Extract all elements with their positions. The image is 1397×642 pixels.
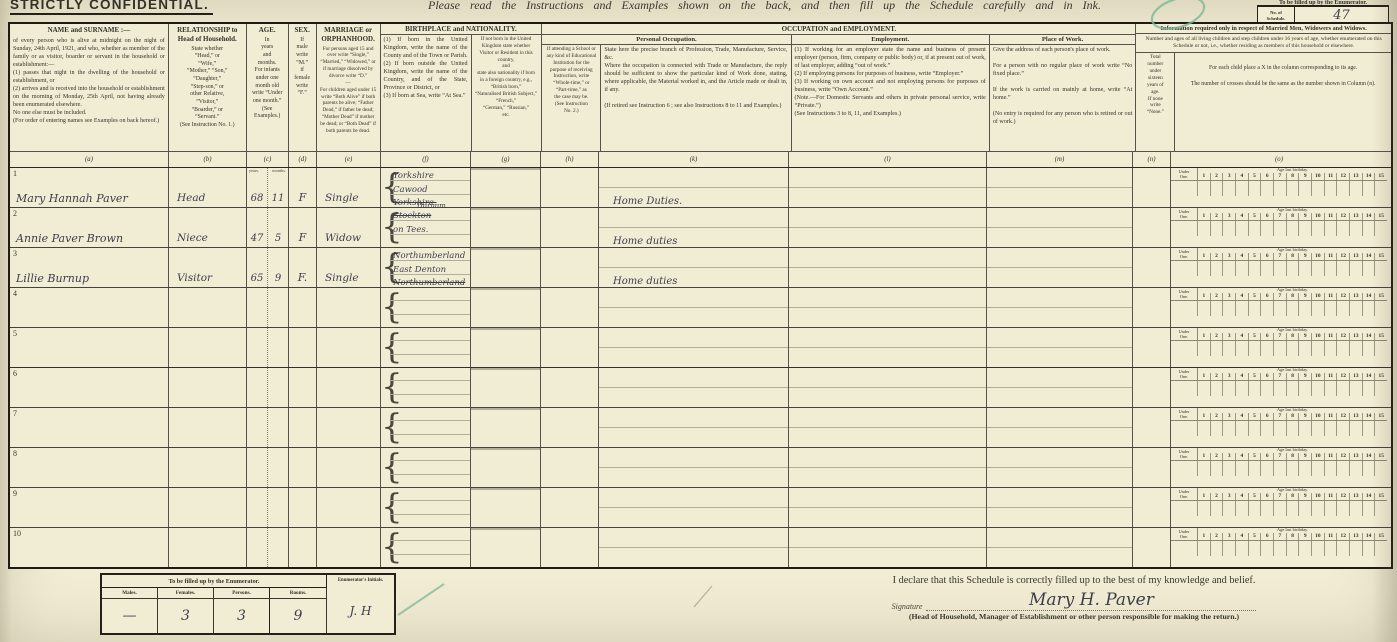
- education-cell: [540, 528, 598, 567]
- age-tick-cell: [1260, 221, 1273, 236]
- age-years-value: [247, 288, 267, 327]
- age-column-11: 11: [1324, 253, 1337, 260]
- place-of-work-cell: [986, 408, 1132, 447]
- age-tick-cell: [1197, 461, 1210, 476]
- age-column-13: 13: [1349, 493, 1362, 500]
- age-tick-cell: [1260, 501, 1273, 516]
- age-tick-cell: [1286, 261, 1299, 276]
- age-column-14: 14: [1362, 253, 1375, 260]
- age-tick-cell: [1210, 181, 1223, 196]
- age-column-6: 6: [1260, 173, 1273, 180]
- age-years-value: [247, 328, 267, 367]
- age-years-value: 68: [247, 168, 267, 207]
- age-tick-cell: [1286, 541, 1299, 556]
- brace-glyph: {: [381, 288, 391, 327]
- age-column-8: 8: [1286, 413, 1299, 420]
- birthplace-cell: {: [380, 528, 470, 567]
- age-tick-cell: [1298, 181, 1311, 196]
- age-tick-cell: [1222, 301, 1235, 316]
- education-cell: [540, 488, 598, 527]
- brace-glyph: {: [381, 248, 391, 287]
- age-tick-cell: [1273, 221, 1286, 236]
- age-column-4: 4: [1235, 333, 1248, 340]
- age-tick-cell: [1362, 181, 1375, 196]
- birthplace-group-title: BIRTHPLACE and NATIONALITY.: [381, 24, 542, 35]
- age-tick-cell: [1374, 381, 1387, 396]
- age-tick-cell: [1324, 541, 1337, 556]
- row-number: 2: [13, 209, 17, 218]
- age-tick-cell: [1349, 541, 1362, 556]
- age-tick-cell: [1248, 501, 1261, 516]
- age-tick-cell: [1197, 421, 1210, 436]
- relationship-cell: [168, 368, 246, 407]
- persons-header: Persons.: [214, 588, 270, 599]
- signature-label: Signature: [892, 602, 923, 611]
- age-column-12: 12: [1336, 173, 1349, 180]
- birthplace-cell: {: [380, 368, 470, 407]
- birthplace-cell: {: [380, 288, 470, 327]
- age-tick-cell: [1260, 301, 1273, 316]
- relationship-cell: [168, 448, 246, 487]
- place-of-work-cell: [986, 208, 1132, 247]
- age-column-8: 8: [1286, 453, 1299, 460]
- age-column-4: 4: [1235, 253, 1248, 260]
- age-tick-cell: [1298, 461, 1311, 476]
- age-cell: 47 5: [246, 208, 288, 247]
- education-cell: [540, 448, 598, 487]
- age-column-10: 10: [1311, 533, 1324, 540]
- nationality-cell: [470, 248, 540, 287]
- nationality-cell: [470, 328, 540, 367]
- enumerator-initials-label: Enumerator's Initials.: [327, 575, 394, 588]
- total-children-cell: [1132, 248, 1170, 287]
- age-column-12: 12: [1336, 453, 1349, 460]
- age-years-value: [247, 368, 267, 407]
- children-ages-cell: Under One.Age last birthday.123456789101…: [1170, 408, 1387, 447]
- occupation-cell: [598, 488, 788, 527]
- marriage-cell: [316, 288, 380, 327]
- age-tick-cell: [1286, 301, 1299, 316]
- age-column-15: 15: [1374, 493, 1387, 500]
- children-ages-cell: Under One.Age last birthday.123456789101…: [1170, 208, 1387, 247]
- name-cell: 5: [10, 328, 168, 367]
- age-tick-cell: [1248, 261, 1261, 276]
- employment-cell: [788, 328, 986, 367]
- relationship-value: Head: [177, 192, 205, 204]
- employment-cell: [788, 408, 986, 447]
- age-column-7: 7: [1273, 453, 1286, 460]
- birthplace-column-desc: (1) If born in the United Kingdom, write…: [381, 35, 471, 101]
- age-column-15: 15: [1374, 333, 1387, 340]
- table-row: 2 Annie Paver Brown Niece 47 5 F Widow {…: [10, 207, 1391, 247]
- age-tick-cell: [1222, 501, 1235, 516]
- marriage-cell: Widow: [316, 208, 380, 247]
- age-tick-cell: [1324, 461, 1337, 476]
- age-tick-cell: [1336, 221, 1349, 236]
- age-column-7: 7: [1273, 533, 1286, 540]
- age-tick-cell: [1298, 501, 1311, 516]
- under-one-label: Under One.: [1171, 168, 1198, 180]
- total-children-cell: [1132, 448, 1170, 487]
- rooms-value: 9: [294, 608, 303, 624]
- age-column-15: 15: [1374, 413, 1387, 420]
- age-column-4: 4: [1235, 173, 1248, 180]
- age-column-6: 6: [1260, 413, 1273, 420]
- age-units-label: years.months.: [247, 168, 288, 173]
- relationship-cell: Niece: [168, 208, 246, 247]
- age-months-value: 11: [267, 168, 288, 207]
- age-tick-cell: [1273, 301, 1286, 316]
- age-column-4: 4: [1235, 533, 1248, 540]
- age-column-3: 3: [1222, 493, 1235, 500]
- nationality-cell: [470, 208, 540, 247]
- age-tick-cell: [1210, 381, 1223, 396]
- age-column-desc: In years and months. For infants under o…: [247, 36, 288, 122]
- age-tick-cell: [1311, 461, 1324, 476]
- age-column-3: 3: [1222, 533, 1235, 540]
- education-cell: [540, 168, 598, 207]
- age-tick-cell: [1362, 501, 1375, 516]
- age-column-10: 10: [1311, 173, 1324, 180]
- age-tick-cell: [1222, 181, 1235, 196]
- age-tick-cell: [1235, 221, 1248, 236]
- name-cell: 8: [10, 448, 168, 487]
- marriage-cell: Single: [316, 168, 380, 207]
- age-column-9: 9: [1298, 413, 1311, 420]
- age-column-13: 13: [1349, 373, 1362, 380]
- age-column-14: 14: [1362, 333, 1375, 340]
- age-tick-cell: [1171, 261, 1197, 276]
- age-column-8: 8: [1286, 213, 1299, 220]
- marriage-column-title: MARRIAGE or ORPHANHOOD.: [317, 24, 380, 45]
- name-value: Lillie Burnup: [16, 272, 89, 285]
- relationship-cell: Head: [168, 168, 246, 207]
- age-tick-cell: [1248, 221, 1261, 236]
- place-of-work-desc: Give the address of each person's place …: [990, 45, 1136, 127]
- place-of-work-cell: [986, 368, 1132, 407]
- header-total-children-column: Total number under sixteen years of age.…: [1136, 53, 1174, 151]
- marriage-cell: [316, 488, 380, 527]
- employment-cell: [788, 448, 986, 487]
- age-tick-cell: [1260, 261, 1273, 276]
- age-column-7: 7: [1273, 493, 1286, 500]
- age-tick-cell: [1336, 421, 1349, 436]
- nationality-cell: [470, 488, 540, 527]
- age-tick-cell: [1336, 301, 1349, 316]
- age-column-5: 5: [1248, 253, 1261, 260]
- age-column-4: 4: [1235, 213, 1248, 220]
- brace-glyph: {: [381, 408, 391, 447]
- header-age-column: AGE. In years and months. For infants un…: [246, 24, 288, 151]
- age-column-11: 11: [1324, 453, 1337, 460]
- table-body: 1 Mary Hannah Paver Head years.months. 6…: [10, 168, 1391, 567]
- name-cell: 6: [10, 368, 168, 407]
- age-column-1: 1: [1198, 453, 1210, 460]
- nationality-cell: [470, 168, 540, 207]
- row-number: 3: [13, 249, 17, 258]
- table-row: 10 {: [10, 527, 1391, 567]
- age-tick-cell: [1298, 541, 1311, 556]
- age-column-5: 5: [1248, 213, 1261, 220]
- name-cell: 7: [10, 408, 168, 447]
- age-column-11: 11: [1324, 413, 1337, 420]
- occupation-value: Home Duties.: [613, 196, 682, 207]
- row-number: 7: [13, 409, 17, 418]
- age-tick-cell: [1273, 181, 1286, 196]
- age-column-9: 9: [1298, 333, 1311, 340]
- age-column-7: 7: [1273, 213, 1286, 220]
- age-tick-cell: [1362, 301, 1375, 316]
- employment-cell: [788, 168, 986, 207]
- age-column-6: 6: [1260, 533, 1273, 540]
- age-tick-cell: [1171, 421, 1197, 436]
- age-tick-cell: [1171, 301, 1197, 316]
- children-age-header: Under One.Age last birthday.123456789101…: [1171, 448, 1387, 461]
- age-column-8: 8: [1286, 293, 1299, 300]
- occupation-cell: [598, 328, 788, 367]
- age-tick-cell: [1298, 261, 1311, 276]
- total-children-cell: [1132, 328, 1170, 367]
- age-tick-cell: [1210, 461, 1223, 476]
- occupation-cell: [598, 448, 788, 487]
- age-column-9: 9: [1298, 373, 1311, 380]
- age-column-15: 15: [1374, 453, 1387, 460]
- header-birthplace-column: (1) If born in the United Kingdom, write…: [381, 35, 471, 151]
- age-column-1: 1: [1198, 213, 1210, 220]
- age-tick-cell: [1210, 501, 1223, 516]
- birthplace-cell: { DurhamStockton on Tees.: [380, 208, 470, 247]
- age-tick-cell: [1222, 541, 1235, 556]
- age-column-14: 14: [1362, 373, 1375, 380]
- age-column-5: 5: [1248, 333, 1261, 340]
- sex-cell: [288, 488, 316, 527]
- age-column-1: 1: [1198, 533, 1210, 540]
- letter-k: (k): [598, 152, 788, 167]
- age-months-value: [267, 288, 288, 327]
- age-years-value: [247, 408, 267, 447]
- place-of-work-cell: [986, 488, 1132, 527]
- age-column-7: 7: [1273, 413, 1286, 420]
- age-column-6: 6: [1260, 253, 1273, 260]
- age-column-15: 15: [1374, 213, 1387, 220]
- birthplace-line1: Yorkshire: [393, 171, 434, 181]
- age-column-12: 12: [1336, 293, 1349, 300]
- children-ages-desc: For each child place a X in the column c…: [1175, 53, 1391, 89]
- age-tick-cell: [1311, 541, 1324, 556]
- children-ages-cell: Under One.Age last birthday.123456789101…: [1170, 368, 1387, 407]
- name-value: Mary Hannah Paver: [16, 192, 128, 205]
- age-tick-cell: [1311, 181, 1324, 196]
- place-of-work-cell: [986, 448, 1132, 487]
- age-column-10: 10: [1311, 333, 1324, 340]
- age-tick-cell: [1374, 221, 1387, 236]
- age-column-8: 8: [1286, 173, 1299, 180]
- age-column-4: 4: [1235, 373, 1248, 380]
- age-tick-cell: [1311, 221, 1324, 236]
- education-cell: [540, 288, 598, 327]
- relationship-cell: [168, 488, 246, 527]
- age-tick-cell: [1324, 501, 1337, 516]
- age-column-11: 11: [1324, 533, 1337, 540]
- letter-g: (g): [470, 152, 540, 167]
- occupation-value: Home duties: [613, 236, 677, 247]
- age-column-15: 15: [1374, 253, 1387, 260]
- age-tick-cell: [1311, 501, 1324, 516]
- sex-cell: F: [288, 168, 316, 207]
- name-cell: 10: [10, 528, 168, 567]
- age-years-value: 47: [247, 208, 267, 247]
- age-tick-cell: [1336, 541, 1349, 556]
- age-tick-cell: [1298, 341, 1311, 356]
- table-row: 8 {: [10, 447, 1391, 487]
- pencil-slash-mark: [694, 586, 712, 607]
- header-sex-column: SEX. If male write “M.” if female write …: [288, 24, 316, 151]
- age-tick-cell: [1197, 501, 1210, 516]
- age-tick-cell: [1273, 541, 1286, 556]
- age-column-14: 14: [1362, 413, 1375, 420]
- age-tick-cell: [1336, 181, 1349, 196]
- relationship-column-title: RELATIONSHIP to Head of Household.: [169, 24, 246, 45]
- age-column-3: 3: [1222, 293, 1235, 300]
- age-column-15: 15: [1374, 533, 1387, 540]
- brace-glyph: {: [381, 488, 391, 527]
- table-row: 1 Mary Hannah Paver Head years.months. 6…: [10, 168, 1391, 207]
- place-of-work-cell: [986, 248, 1132, 287]
- rooms-header: Rooms.: [270, 588, 327, 599]
- occupation-column-desc: State here the precise branch of Profess…: [601, 45, 790, 111]
- name-cell: 9: [10, 488, 168, 527]
- green-slash-mark: [398, 584, 444, 615]
- column-letters-row: (a) (b) (c) (d) (e) (f) (g) (h) (k) (l) …: [10, 151, 1391, 168]
- name-cell: 4: [10, 288, 168, 327]
- children-ages-cell: Under One.Age last birthday.123456789101…: [1170, 488, 1387, 527]
- age-tick-cell: [1311, 421, 1324, 436]
- age-tick-cell: [1248, 181, 1261, 196]
- age-tick-cell: [1248, 541, 1261, 556]
- age-tick-cell: [1171, 541, 1197, 556]
- age-years-value: 65: [247, 248, 267, 287]
- education-cell: [540, 408, 598, 447]
- marriage-value: Single: [325, 192, 359, 204]
- age-tick-cell: [1349, 341, 1362, 356]
- age-tick-cell: [1324, 181, 1337, 196]
- under-one-label: Under One.: [1171, 248, 1198, 260]
- row-number: 6: [13, 369, 17, 378]
- age-tick-cell: [1171, 221, 1197, 236]
- age-column-9: 9: [1298, 173, 1311, 180]
- table-row: 3 Lillie Burnup Visitor 65 9 F. Single {…: [10, 247, 1391, 287]
- age-tick-cell: [1260, 181, 1273, 196]
- children-ages-cell: Under One.Age last birthday.123456789101…: [1170, 168, 1387, 207]
- age-column-1: 1: [1198, 493, 1210, 500]
- birthplace-line2: on Tees.: [393, 225, 428, 235]
- brace-glyph: {: [381, 368, 391, 407]
- children-ages-cell: Under One.Age last birthday.123456789101…: [1170, 288, 1387, 327]
- letter-f: (f): [380, 152, 470, 167]
- age-tick-cell: [1260, 541, 1273, 556]
- marriage-value: Widow: [325, 232, 361, 244]
- education-cell: [540, 368, 598, 407]
- age-column-15: 15: [1374, 173, 1387, 180]
- age-cell: 65 9: [246, 248, 288, 287]
- age-column-13: 13: [1349, 333, 1362, 340]
- sex-value: F: [299, 191, 307, 204]
- age-tick-cell: [1273, 381, 1286, 396]
- age-column-6: 6: [1260, 453, 1273, 460]
- age-column-10: 10: [1311, 253, 1324, 260]
- age-tick-cell: [1336, 261, 1349, 276]
- age-tick-cell: [1210, 301, 1223, 316]
- age-cell: [246, 448, 288, 487]
- age-column-3: 3: [1222, 453, 1235, 460]
- name-column-desc: of every person who is alive at midnight…: [10, 36, 168, 126]
- nationality-cell: [470, 448, 540, 487]
- age-column-4: 4: [1235, 493, 1248, 500]
- age-column-4: 4: [1235, 293, 1248, 300]
- age-tick-cell: [1273, 421, 1286, 436]
- under-one-label: Under One.: [1171, 528, 1198, 540]
- age-tick-cell: [1362, 341, 1375, 356]
- age-tick-cell: [1311, 301, 1324, 316]
- census-table: NAME and SURNAME :— of every person who …: [8, 22, 1393, 569]
- birthplace-line1: Northumberland: [393, 251, 465, 261]
- birthplace-insert: Durham: [417, 202, 446, 210]
- age-column-2: 2: [1210, 413, 1223, 420]
- age-column-7: 7: [1273, 373, 1286, 380]
- age-tick-cell: [1349, 501, 1362, 516]
- nationality-column-desc: If not born in the United Kingdom state …: [472, 35, 541, 119]
- age-months-value: 5: [267, 208, 288, 247]
- age-tick-cell: [1311, 261, 1324, 276]
- letter-b: (b): [168, 152, 246, 167]
- occupation-cell: [598, 368, 788, 407]
- children-ages-cell: Under One.Age last birthday.123456789101…: [1170, 328, 1387, 367]
- age-tick-cell: [1374, 301, 1387, 316]
- age-column-12: 12: [1336, 213, 1349, 220]
- children-age-header: Under One.Age last birthday.123456789101…: [1171, 288, 1387, 301]
- age-column-6: 6: [1260, 373, 1273, 380]
- occupation-cell: Home Duties.: [598, 168, 788, 207]
- occupation-value: Home duties: [613, 276, 677, 287]
- age-tick-cell: [1286, 221, 1299, 236]
- children-age-header: Under One.Age last birthday.123456789101…: [1171, 408, 1387, 421]
- enumerator-box-title: To be filled up by the Enumerator.: [102, 575, 327, 588]
- age-column-5: 5: [1248, 293, 1261, 300]
- header-birthplace-group: BIRTHPLACE and NATIONALITY. (1) If born …: [380, 24, 542, 151]
- age-column-8: 8: [1286, 333, 1299, 340]
- age-tick-cell: [1362, 261, 1375, 276]
- age-column-14: 14: [1362, 493, 1375, 500]
- total-children-cell: [1132, 368, 1170, 407]
- age-tick-cell: [1235, 541, 1248, 556]
- row-number: 1: [13, 169, 17, 178]
- total-children-cell: [1132, 168, 1170, 207]
- age-tick-cell: [1260, 381, 1273, 396]
- age-tick-cell: [1197, 381, 1210, 396]
- relationship-cell: [168, 288, 246, 327]
- header-employment-column: Employment. (1) If working for an employ…: [791, 35, 989, 151]
- personal-occupation-title: Personal Occupation.: [542, 35, 790, 45]
- age-column-8: 8: [1286, 493, 1299, 500]
- schedule-number-value: 47: [1333, 8, 1350, 23]
- age-tick-cell: [1260, 461, 1273, 476]
- children-count-subtitle: Number and ages of all living children a…: [1136, 34, 1391, 53]
- relationship-cell: Visitor: [168, 248, 246, 287]
- children-ages-cell: Under One.Age last birthday.123456789101…: [1170, 528, 1387, 567]
- age-column-11: 11: [1324, 213, 1337, 220]
- header-occupation-column: State here the precise branch of Profess…: [600, 45, 790, 151]
- children-age-header: Under One.Age last birthday.123456789101…: [1171, 208, 1387, 221]
